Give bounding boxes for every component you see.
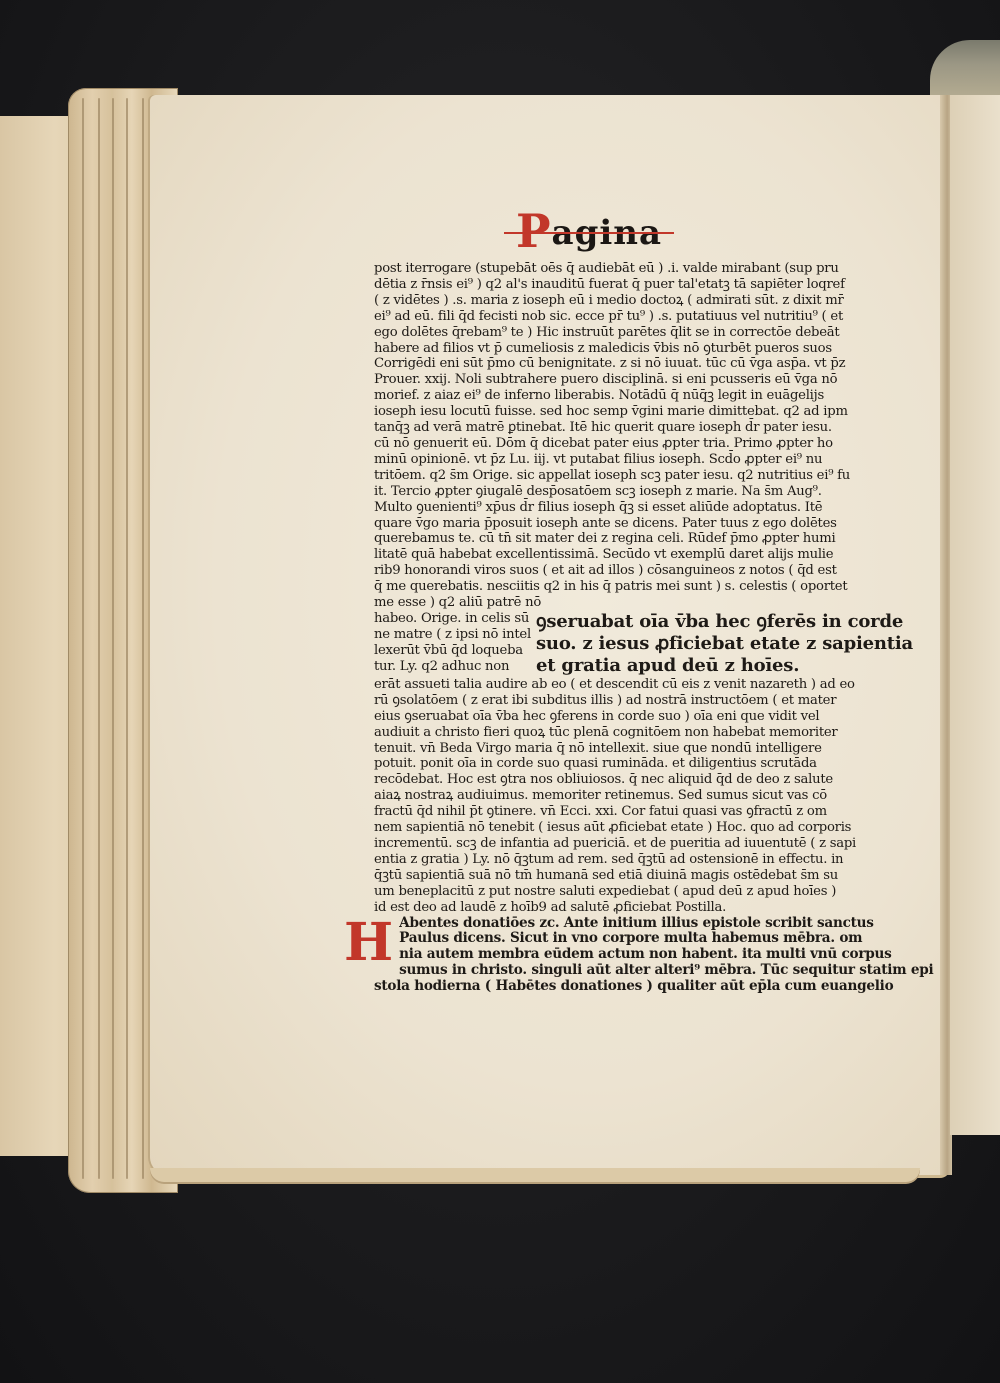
text-line: aiaꝝ nostraꝝ audiuimus. memoriter retine… bbox=[374, 788, 879, 804]
text-line: q̄ me querebatis. nesciitis q2 in his q̄… bbox=[374, 579, 879, 595]
text-line: et gratia apud deū z hoīes. bbox=[536, 655, 881, 677]
text-line: ( z vidētes ) .s. maria z ioseph eū i me… bbox=[374, 293, 879, 309]
text-line: stola hodierna ( Habētes donationes ) qu… bbox=[374, 979, 879, 995]
text-block: Pagina post iterrogare (stupebāt oēs q̄ … bbox=[374, 200, 879, 995]
text-line: um beneplacitū z put nostre saluti exped… bbox=[374, 884, 879, 900]
text-line: habere ad filios vt p̄ cumeliosis z male… bbox=[374, 341, 879, 357]
text-line: recōdebat. Hoc est ꝯtra nos obliuiosos. … bbox=[374, 772, 879, 788]
gloss-column: habeo. Orige. in celis sūne matre ( z ip… bbox=[374, 611, 524, 677]
rubric-strike bbox=[504, 232, 674, 234]
commentary-top: post iterrogare (stupebāt oēs q̄ audiebā… bbox=[374, 261, 879, 611]
text-line: Corrigēdi eni sūt p̄mo cū benignitate. z… bbox=[374, 356, 879, 372]
text-line: minū opinionē. vt p̄z Lu. iij. vt putaba… bbox=[374, 452, 879, 468]
text-line: ei⁹ ad eū. fili q̄d fecisti nob sic. ecc… bbox=[374, 309, 879, 325]
text-line: ne matre ( z ipsi nō intel bbox=[374, 627, 524, 643]
text-line: sumus in christo. singuli aūt alter alte… bbox=[374, 963, 879, 979]
text-line: nem sapientiā nō tenebit ( iesus aūt ꝓfi… bbox=[374, 820, 879, 836]
text-line: rū ꝯsolatōem ( z erat ibi subditus illis… bbox=[374, 693, 879, 709]
text-line: id est deo ad laudē z hoīb9 ad salutē ꝓf… bbox=[374, 900, 879, 916]
text-line: me esse ) q2 aliū patrē nō bbox=[374, 595, 879, 611]
text-line: nia autem membra eūdem actum non habent.… bbox=[374, 947, 879, 963]
text-line: dētia z r̄nsis ei⁹ ) q2 al's inauditū fu… bbox=[374, 277, 879, 293]
text-line: suo. z iesus ꝓficiebat etate z sapientia bbox=[536, 633, 881, 655]
text-line: habeo. Orige. in celis sū bbox=[374, 611, 524, 627]
text-line: Prouer. xxij. Noli subtrahere puero disc… bbox=[374, 372, 879, 388]
heading-initial: P bbox=[516, 204, 552, 258]
text-line: it. Tercio ꝓpter ꝯiugalē desp̄osatōem sc… bbox=[374, 484, 879, 500]
text-line: tur. Ly. q2 adhuc non bbox=[374, 659, 524, 675]
text-line: querebamus te. cū tn̄ sit mater dei z re… bbox=[374, 531, 879, 547]
text-line: Paulus dicens. Sicut in vno corpore mult… bbox=[374, 931, 879, 947]
leaf-edge bbox=[98, 98, 100, 1179]
text-line: ego dolētes q̄rebam⁹ te ) Hic instruūt p… bbox=[374, 325, 879, 341]
leaf-edge bbox=[112, 98, 114, 1179]
text-line: quare v̄go maria p̄posuit ioseph ante se… bbox=[374, 516, 879, 532]
text-line: incrementū. scꝫ de infantia ad puericiā.… bbox=[374, 836, 879, 852]
text-line: fractū q̄d nihil p̄t ꝯtinere. vn̄ Ecci. … bbox=[374, 804, 879, 820]
commentary-middle: erāt assueti talia audire ab eo ( et des… bbox=[374, 677, 879, 916]
text-line: eius ꝯseruabat oīa v̄ba hec ꝯferens in c… bbox=[374, 709, 879, 725]
text-line: erāt assueti talia audire ab eo ( et des… bbox=[374, 677, 879, 693]
text-line: Multo ꝯuenienti⁹ xp̄us d̄r filius ioseph… bbox=[374, 500, 879, 516]
page-heading: Pagina bbox=[504, 200, 674, 261]
text-line: q̄ꝫtū sapientiā suā nō tm̄ humanā sed et… bbox=[374, 868, 879, 884]
text-line: tritōem. q2 s̄m Orige. sic appellat iose… bbox=[374, 468, 879, 484]
text-line: Abentes donatiōes zc. Ante initium illiu… bbox=[374, 916, 879, 932]
text-line: litatē quā habebat excellentissimā. Secū… bbox=[374, 547, 879, 563]
text-line: cū nō genuerit eū. Dōm q̄ dicebat pater … bbox=[374, 436, 879, 452]
postilla-initial: H bbox=[344, 918, 393, 968]
leaf-edge bbox=[126, 98, 128, 1179]
text-line: potuit. ponit oīa in corde suo quasi rum… bbox=[374, 756, 879, 772]
postilla-lines: Abentes donatiōes zc. Ante initium illiu… bbox=[374, 916, 879, 996]
text-line: rib9 honorandi viros suos ( et ait ad il… bbox=[374, 563, 879, 579]
text-line: lexerūt v̄bū q̄d loqueba bbox=[374, 643, 524, 659]
leaf-edge bbox=[82, 98, 84, 1179]
leaf-edge bbox=[142, 98, 144, 1179]
text-line: tenuit. vn̄ Beda Virgo maria q̄ nō intel… bbox=[374, 741, 879, 757]
text-line: tanq̄ꝫ ad verā matrē ꝑtinebat. Itē hic q… bbox=[374, 420, 879, 436]
split-block: habeo. Orige. in celis sūne matre ( z ip… bbox=[374, 611, 879, 677]
text-line: morief. z aiaz ei⁹ de inferno liberabis.… bbox=[374, 388, 879, 404]
postilla-section: H Abentes donatiōes zc. Ante initium ill… bbox=[374, 916, 879, 996]
right-leaf bbox=[950, 95, 1000, 1135]
text-line: entia z gratia ) Ly. nō q̄ꝫtum ad rem. s… bbox=[374, 852, 879, 868]
page-bottom-edge bbox=[150, 1168, 920, 1182]
text-line: ioseph iesu locutū fuisse. sed hoc semp … bbox=[374, 404, 879, 420]
text-line: audiuit a christo fieri quoꝝ tūc plenā c… bbox=[374, 725, 879, 741]
text-line: post iterrogare (stupebāt oēs q̄ audiebā… bbox=[374, 261, 879, 277]
text-line: ꝯseruabat oīa v̄ba hec ꝯferēs in corde bbox=[536, 611, 881, 633]
scripture-text-column: ꝯseruabat oīa v̄ba hec ꝯferēs in cordesu… bbox=[536, 611, 881, 677]
